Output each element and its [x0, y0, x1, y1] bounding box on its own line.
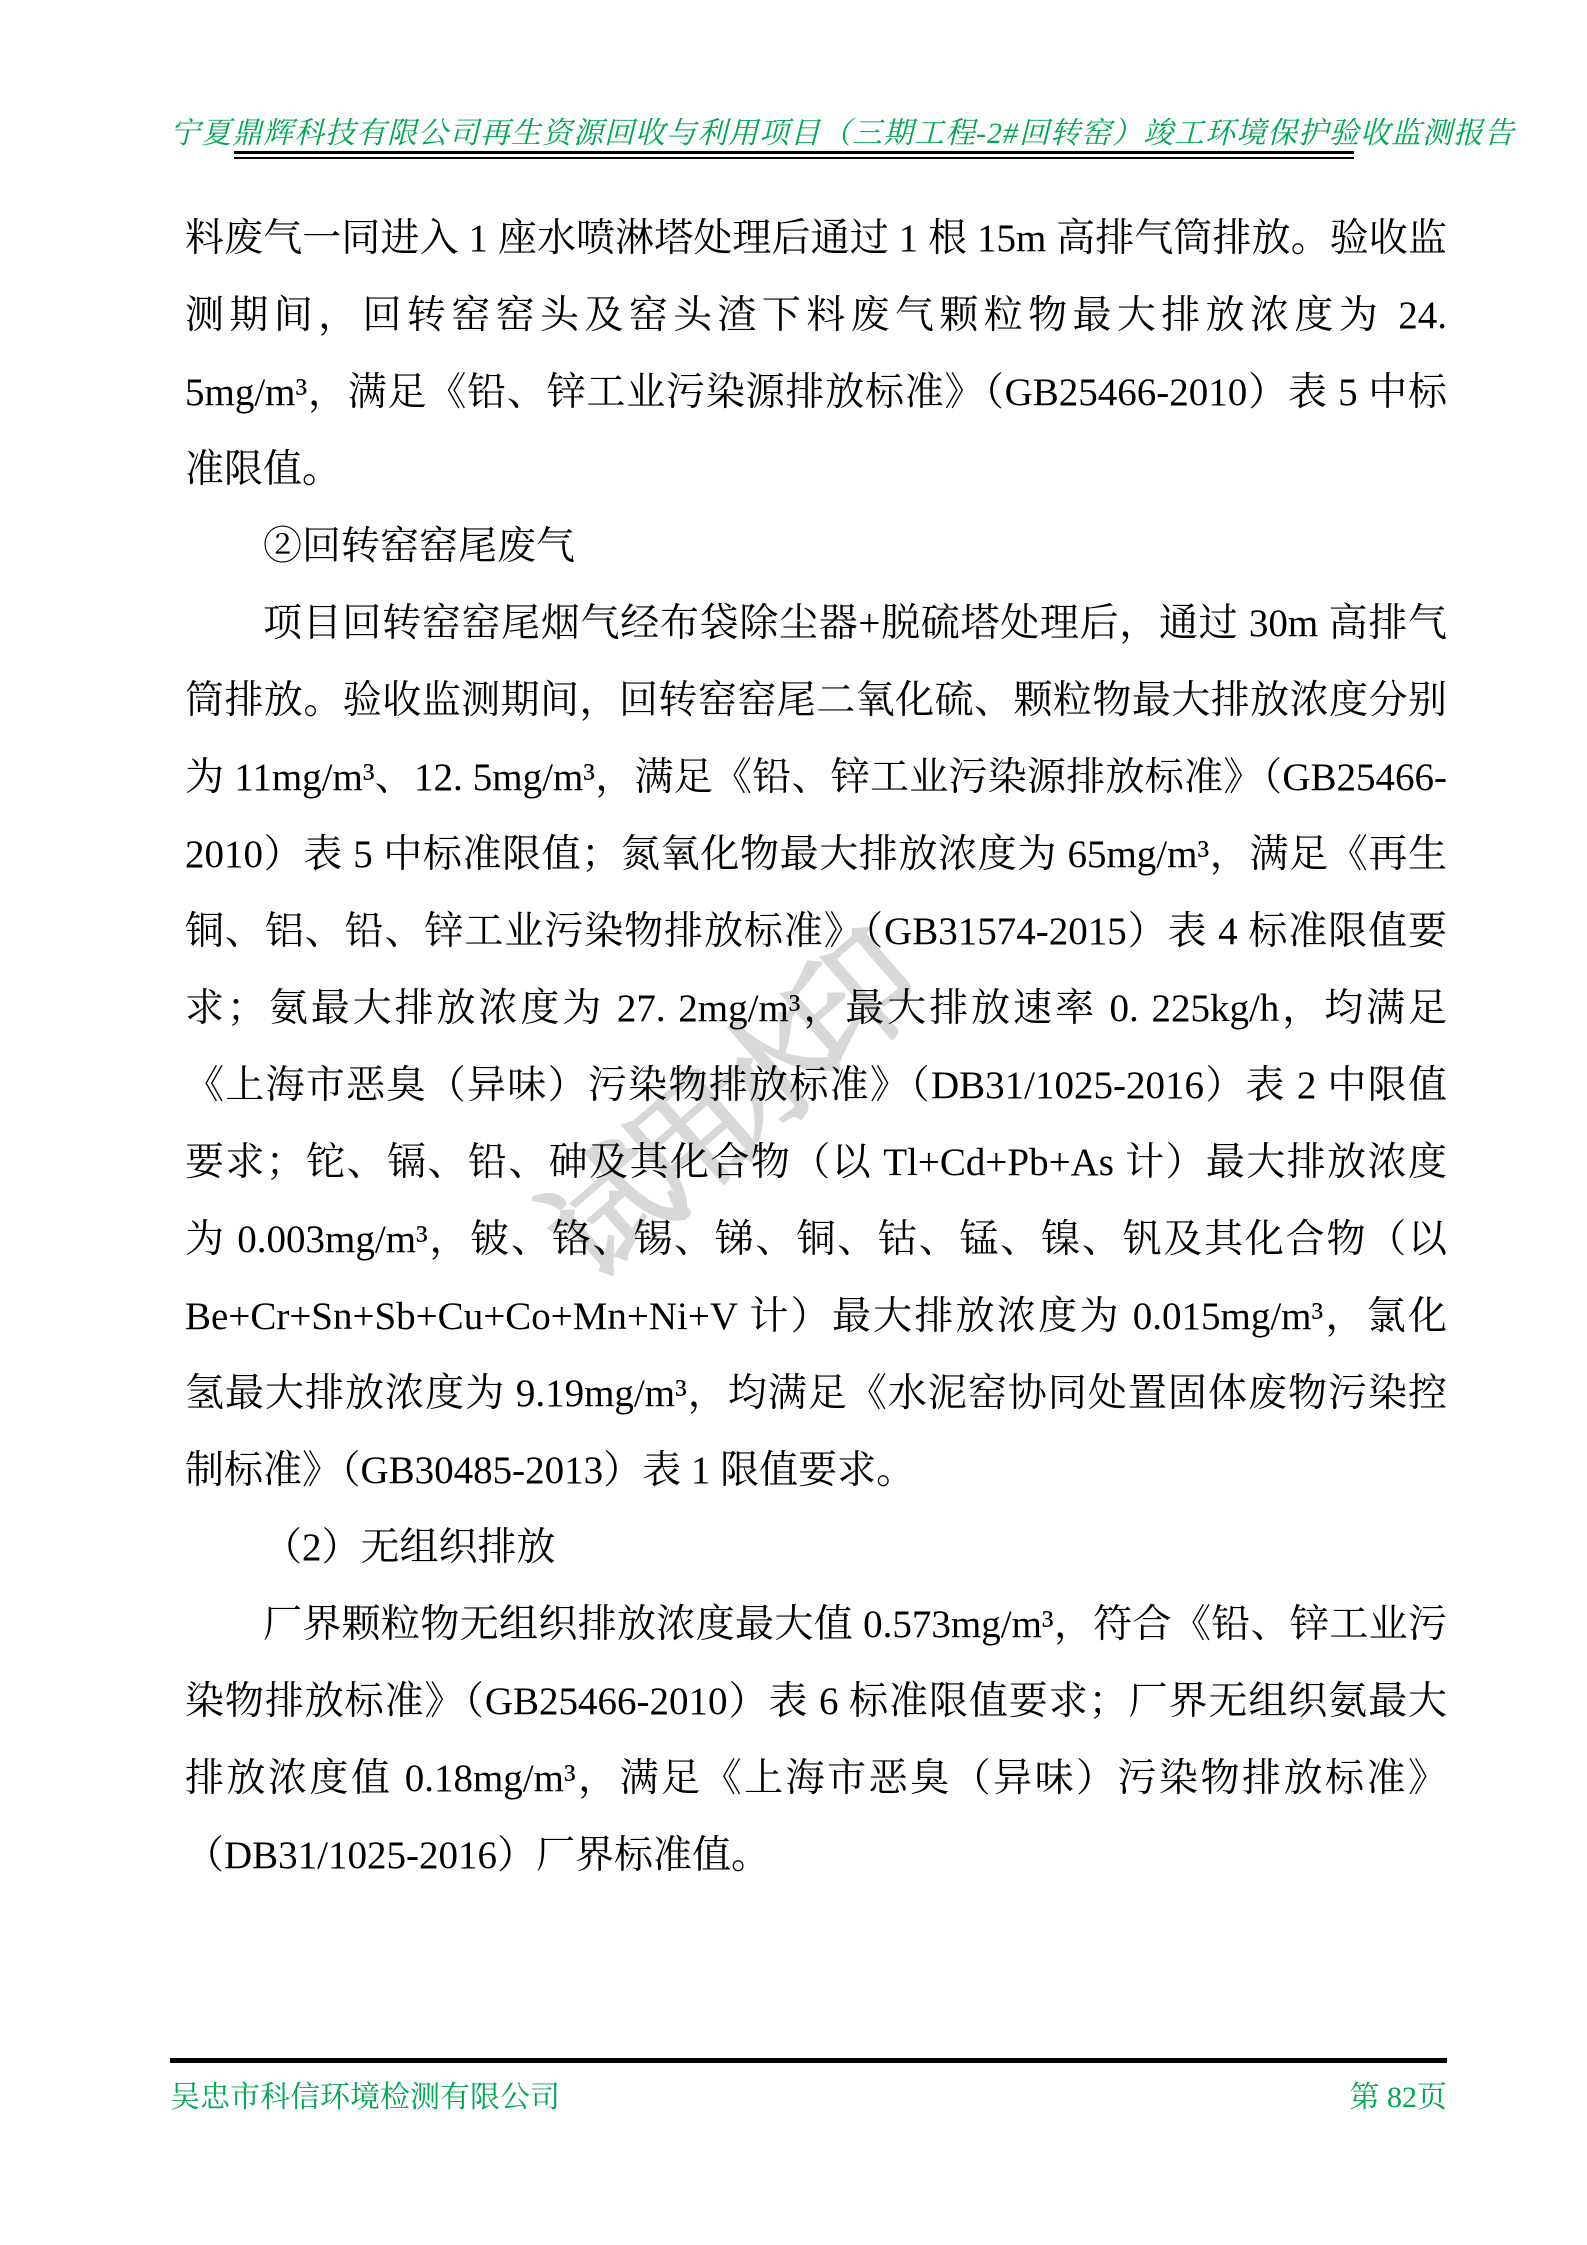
footer-company: 吴忠市科信环境检测有限公司: [170, 2072, 560, 2116]
document-body: 料废气一同进入 1 座水喷淋塔处理后通过 1 根 15m 高排气筒排放。验收监测…: [185, 200, 1447, 2000]
section-heading: （2）无组织排放: [185, 1509, 1447, 1586]
body-paragraph: 厂界颗粒物无组织排放浓度最大值 0.573mg/m³，符合《铅、锌工业污染物排放…: [185, 1586, 1447, 1894]
document-page: 宁夏鼎辉科技有限公司再生资源回收与利用项目（三期工程-2#回转窑）竣工环境保护验…: [0, 0, 1587, 2245]
page-header-title: 宁夏鼎辉科技有限公司再生资源回收与利用项目（三期工程-2#回转窑）竣工环境保护验…: [170, 108, 1447, 152]
section-heading: ②回转窑窑尾废气: [185, 508, 1447, 585]
footer-rule: [170, 2058, 1447, 2063]
header-double-rule: [234, 151, 1354, 159]
body-paragraph: 料废气一同进入 1 座水喷淋塔处理后通过 1 根 15m 高排气筒排放。验收监测…: [185, 200, 1447, 508]
page-footer: 吴忠市科信环境检测有限公司 第 82页: [170, 2072, 1447, 2116]
footer-page-number: 第 82页: [1350, 2072, 1448, 2116]
body-paragraph: 项目回转窑窑尾烟气经布袋除尘器+脱硫塔处理后，通过 30m 高排气筒排放。验收监…: [185, 585, 1447, 1509]
